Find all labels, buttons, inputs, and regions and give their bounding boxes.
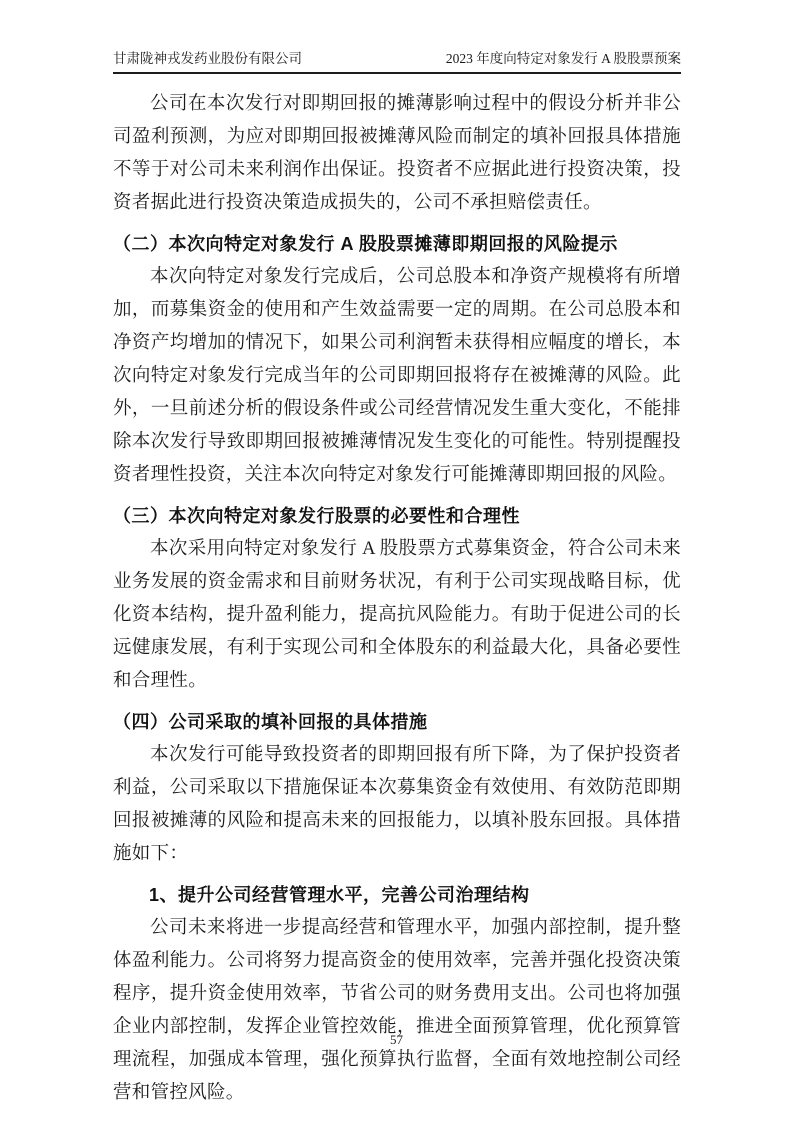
page-footer: 57 [0,1032,793,1048]
body-paragraph-management: 公司未来将进一步提高经营和管理水平，加强内部控制，提升整体盈利能力。公司将努力提… [113,912,681,1110]
header-doc-title: 2023 年度向特定对象发行 A 股股票预案 [446,50,681,67]
sub-heading-1-management: 1、提升公司经营管理水平，完善公司治理结构 [113,879,681,912]
section-heading-2-risk-warning: （二）本次向特定对象发行 A 股股票摊薄即期回报的风险提示 [113,228,681,261]
section-heading-4-measures: （四）公司采取的填补回报的具体措施 [113,706,681,739]
document-page: 甘肃陇神戎发药业股份有限公司 2023 年度向特定对象发行 A 股股票预案 公司… [0,0,793,1122]
body-paragraph-necessity: 本次采用向特定对象发行 A 股股票方式募集资金，符合公司未来业务发展的资金需求和… [113,533,681,698]
page-header: 甘肃陇神戎发药业股份有限公司 2023 年度向特定对象发行 A 股股票预案 [113,50,681,74]
body-paragraph-risk-warning: 本次向特定对象发行完成后，公司总股本和净资产规模将有所增加，而募集资金的使用和产… [113,261,681,492]
body-paragraph-measures-intro: 本次发行可能导致投资者的即期回报有所下降，为了保护投资者利益，公司采取以下措施保… [113,739,681,871]
header-company-name: 甘肃陇神戎发药业股份有限公司 [113,50,302,67]
page-number: 57 [390,1032,403,1047]
section-heading-3-necessity: （三）本次向特定对象发行股票的必要性和合理性 [113,500,681,533]
document-body: 公司在本次发行对即期回报的摊薄影响过程中的假设分析并非公司盈利预测，为应对即期回… [113,88,681,1110]
body-paragraph-disclaimer: 公司在本次发行对即期回报的摊薄影响过程中的假设分析并非公司盈利预测，为应对即期回… [113,88,681,220]
